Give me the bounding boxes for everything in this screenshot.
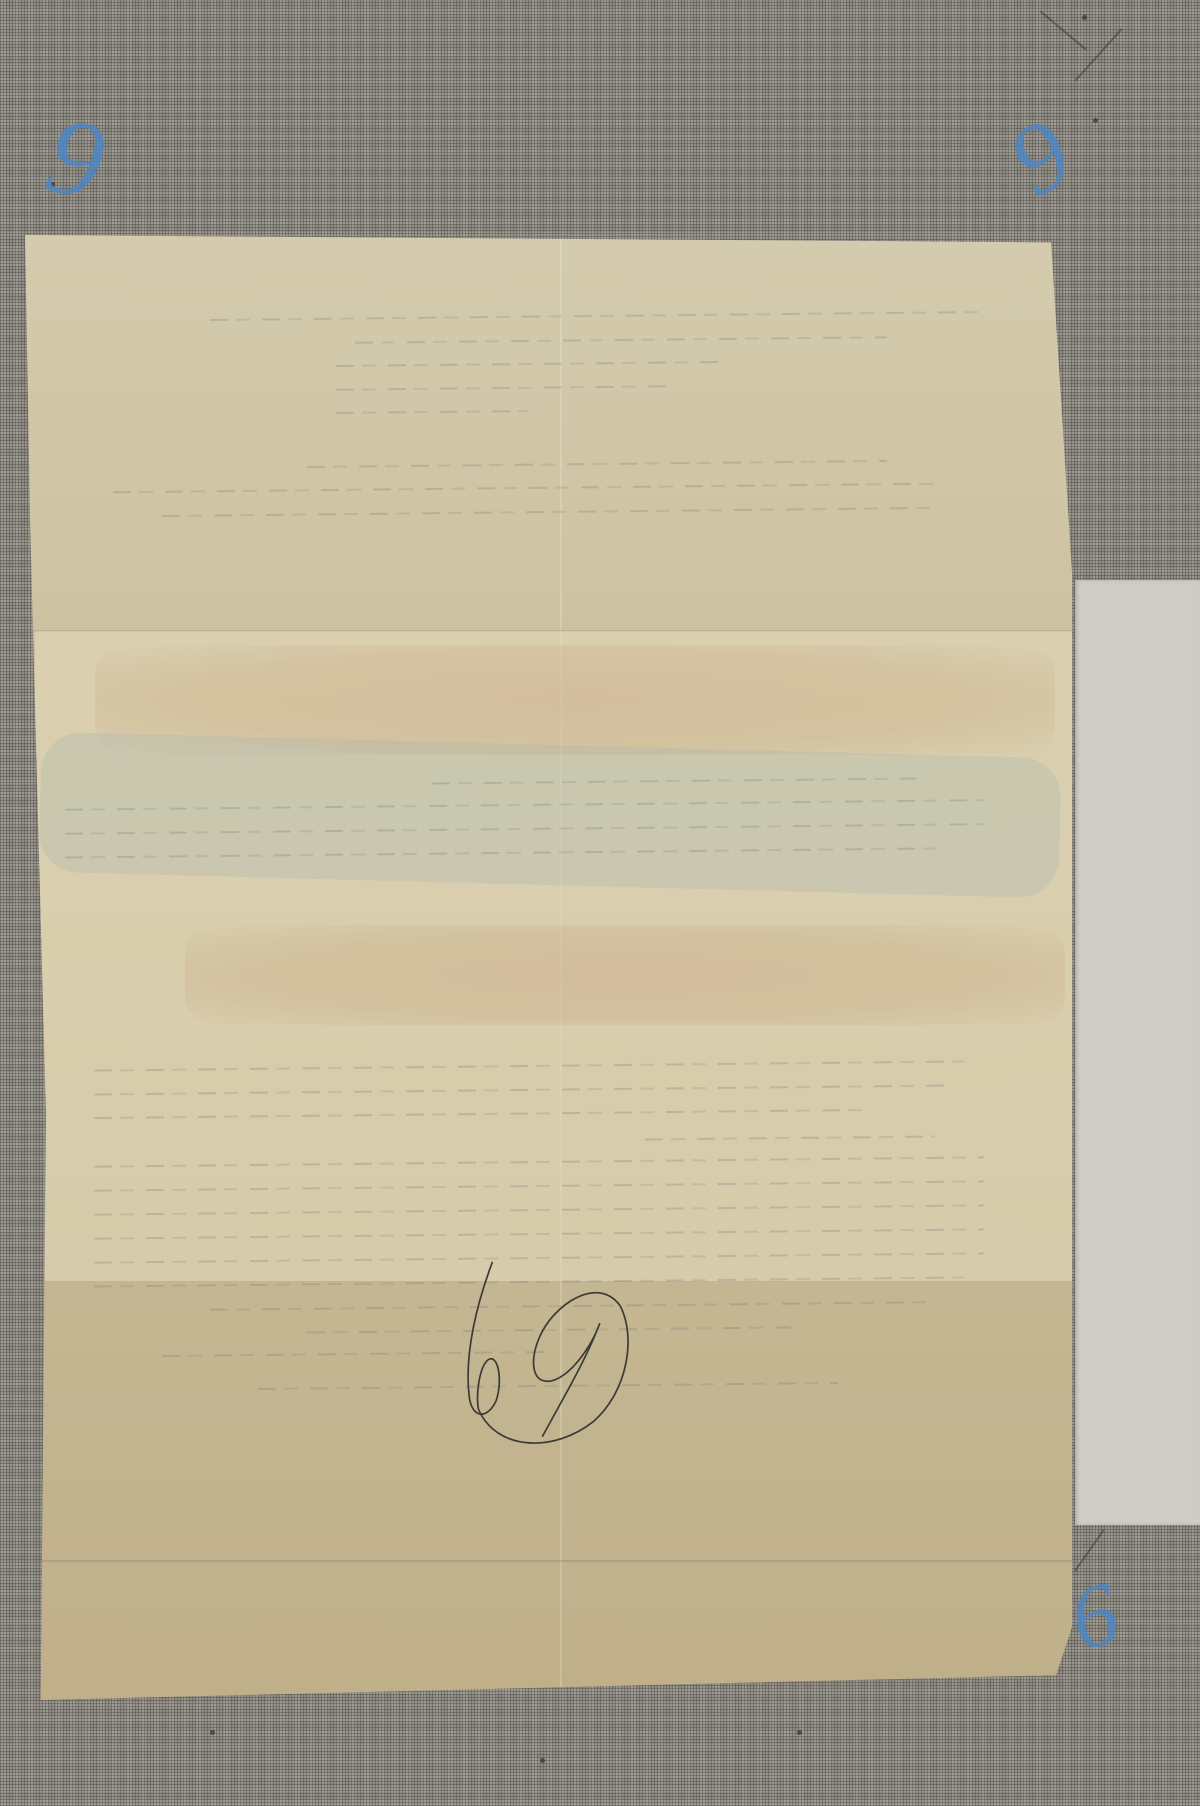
mat-spot — [540, 1758, 545, 1763]
mat-spot — [1082, 15, 1087, 20]
mat-spot — [1093, 118, 1098, 123]
corner-mark-top-right: 9 — [990, 95, 1091, 220]
mat-spot — [210, 1730, 215, 1735]
mat-scratch — [1039, 10, 1086, 50]
folio-number-69: 69 — [425, 1235, 655, 1485]
mat-spot — [797, 1730, 802, 1735]
fold-crease-horizontal — [25, 1560, 1072, 1562]
circled-69-graphite-icon — [425, 1235, 655, 1485]
white-backing-card — [1075, 580, 1200, 1525]
faint-handwriting-upper — [65, 315, 1032, 535]
tape-stain-lower — [185, 925, 1065, 1025]
faint-handwriting-middle — [65, 780, 1032, 876]
mat-scratch — [1074, 28, 1122, 81]
corner-mark-top-left: 9 — [35, 91, 115, 227]
